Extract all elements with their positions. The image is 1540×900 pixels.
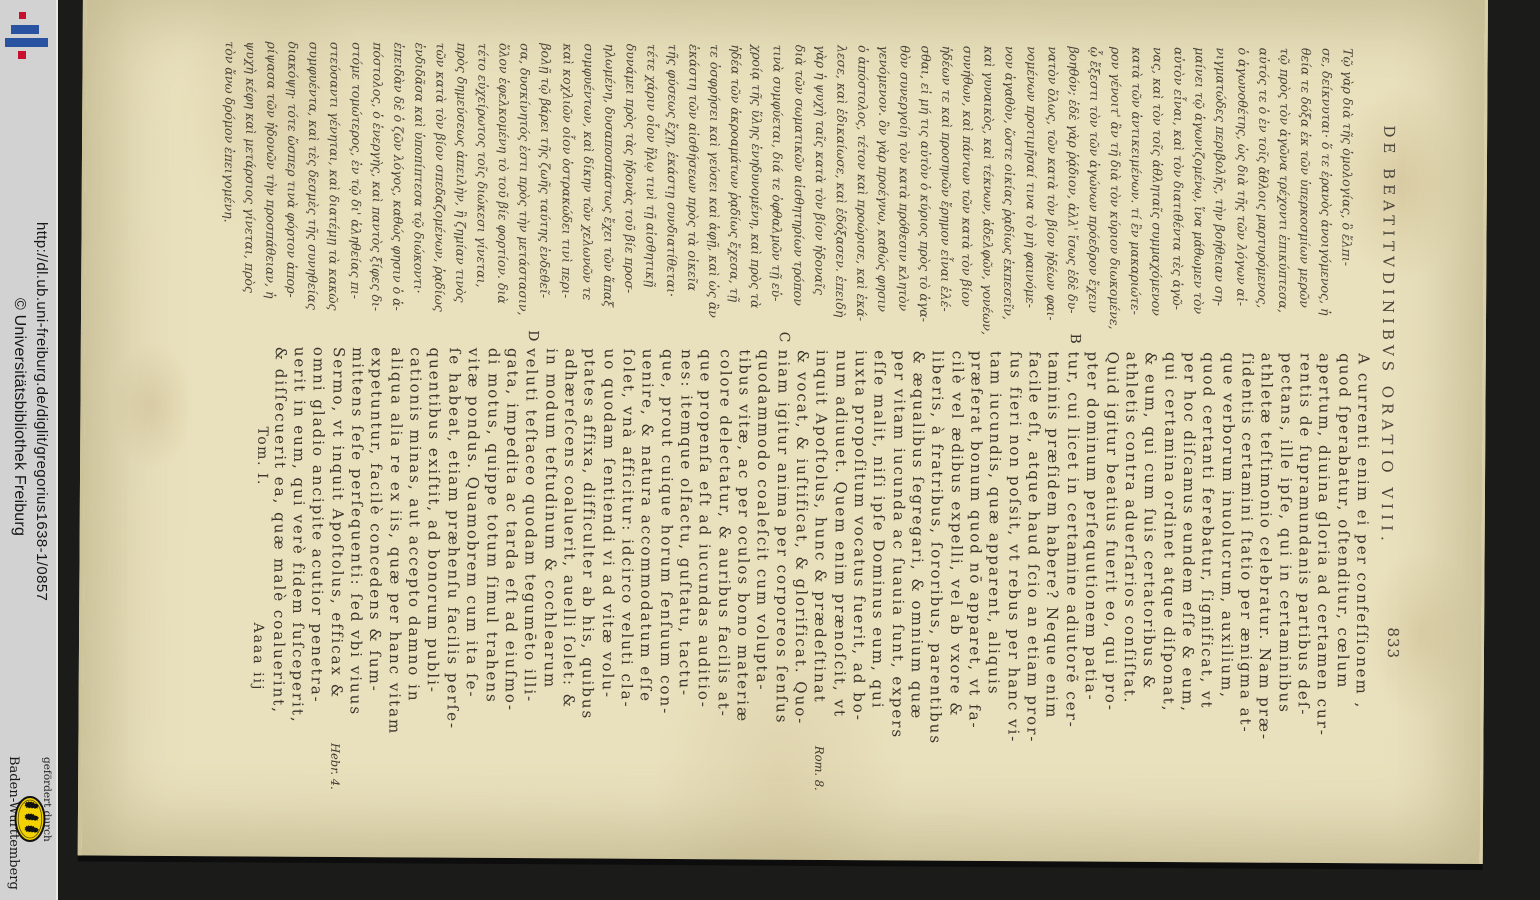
- logo-blue-bar-short: [11, 25, 39, 34]
- latin-text-line: rentis de ſupramundanis partibus deſ-: [1293, 353, 1315, 747]
- latin-text-line: num adiuuet. Quem enim prænoſcit, vt: [829, 350, 851, 744]
- greek-text-line: τινὰ συμφύεται, διά τε ὀφθαλμῶν τῇ εὐ-: [766, 45, 789, 337]
- greek-text-line: ἑκάστη τῶν αἰσθήσεων πρὸς τὰ οἰκεῖα: [682, 44, 705, 336]
- latin-text-column: A currenti enim ei per confeſſionem ,quo…: [268, 347, 1373, 748]
- margin-note: Rom. 8.: [812, 746, 826, 791]
- latin-text-line: gata, impedita ac tarda eſt ad eiuſmo-: [500, 348, 522, 742]
- greek-text-line: λεσε, καὶ ἐδικαίωσε, καὶ ἐδόξασεν. ἐπειδ…: [830, 45, 853, 337]
- latin-text-line: ſe habeat, etiam præhenſu facilis perſe-: [442, 348, 464, 742]
- greek-text-line: σε, δείκνυται· ὅ τε ἐρανὸς ἀνοιγόμενος, …: [1315, 48, 1338, 340]
- latin-text-line: & diſſecuerit ea, quæ malè coaluerint,: [268, 347, 290, 741]
- greek-text-line: ὅλον ἐφελκομένη τὸ τοῦ βίε φορτίον. διὰ: [492, 43, 515, 335]
- greek-text-line: ἐνδιδᾶσα καὶ ὑποπίπτεσα τῷ διώκοντι·: [408, 42, 431, 334]
- latin-text-line: athletæ teſtimonio celebratur. Nam præ-: [1254, 353, 1276, 747]
- greek-text-line: συνήθων, καὶ πάντων τῶν κατὰ τὸν βίον: [956, 46, 979, 338]
- latin-text-line: pectans, ille ipſe, qui in certaminibus: [1274, 353, 1296, 747]
- latin-text-line: cilè vel ædibus expelli, vel ab vxore &: [945, 351, 967, 745]
- greek-text-line: θεία τε δόξα ἐκ τῶν ὑπερκοσμίων μερῶν: [1294, 48, 1317, 340]
- latin-text-line: veluti teſtaceo quodam tegumēto illi-: [519, 348, 541, 742]
- latin-text-line: qui certamina ordinet atque diſponat,: [1158, 352, 1180, 746]
- greek-text-line: βολῇ τῷ βάρει τῆς ζωῆς ταύτης ἐνδεθεῖ-: [534, 43, 557, 335]
- latin-text-line: in modum teſtudinum & cochlearum: [539, 348, 561, 742]
- logo-red-square-bottom: [18, 51, 26, 59]
- greek-text-line: ᾧ ἔξεστι τὸν τῶν ἀγώνων πρόεδρον ἔχειν: [1083, 47, 1106, 339]
- viewer-sidebar: http://dl.ub.uni-freiburg.de/diglit/greg…: [0, 0, 58, 900]
- latin-text-line: iuxta propoſitum vocatus fuerit, ad bo-: [848, 350, 870, 744]
- greek-text-line: σθαι, εἰ μή τις αὐτὸν ὁ κύριος πρὸς τὸ ἀ…: [914, 46, 937, 338]
- greek-text-line: στεύσαντι γένηται, καὶ διατέμῃ τὰ κακῶς: [323, 42, 346, 334]
- latin-text-line: Quid igitur beatius fuerit eo, qui pro-: [1100, 352, 1122, 746]
- section-letter-b: B: [1067, 333, 1083, 343]
- greek-text-column: Τῷ γὰρ διὰ τῆς ὁμολογίας, ὃ ἔλπι-σε, δεί…: [218, 41, 1359, 340]
- gathering-signature: Aaaa iij: [250, 622, 266, 691]
- latin-text-line: quod certanti ferebatur, ſignificat, vt: [1196, 352, 1218, 746]
- running-title: DE BEATITVDINIBVS ORATIO VIII.: [1377, 125, 1398, 595]
- greek-text-line: Τῷ γὰρ διὰ τῆς ὁμολογίας, ὃ ἔλπι-: [1336, 48, 1359, 340]
- greek-text-line: τῷ πρὸς τὸν ἀγῶνα τρέχοντι ἐπικύπτεσα,: [1273, 48, 1296, 340]
- greek-text-line: σα, δυσκίνητός ἐστι πρὸς τὴν μετάστασιν,: [513, 43, 536, 335]
- margin-note: Hebr. 4.: [329, 743, 343, 790]
- latin-text-line: ſus fieri non poſsit, vt rebus per hanc …: [1003, 351, 1025, 745]
- greek-text-line: καὶ κοχλιῶν οἷον ὀστρακώδει τινὶ περι-: [555, 43, 578, 335]
- latin-text-line: per hoc diſcamus eundem eſſe & eum,: [1177, 352, 1199, 746]
- latin-text-line: præferat bonum quod nō apparet, vt fa-: [964, 351, 986, 745]
- greek-text-line: ψυχὴ κέφη καὶ μετάρσιος γίνεται, πρὸς: [239, 41, 262, 333]
- copyright-label: © Universitätsbibliothek Freiburg: [10, 298, 28, 536]
- latin-text-line: ſolet, vnà afficitur: idcirco veluti cla…: [616, 349, 638, 743]
- greek-text-line: συμφυέντα, καὶ τὲς δεσμὲς τῆς συνηθείας: [302, 42, 325, 334]
- digitized-book-viewer: { "colors":{ "bg-black":"#1b1b1a","sideb…: [0, 0, 1540, 900]
- greek-text-line: νομένων προτιμῆσαί τινα τὸ μὴ φαινόμε-: [1019, 46, 1042, 338]
- greek-text-line: ὁ ἀγωνοθέτης, ὡς διὰ τῆς τῶν λόγων αἰ-: [1230, 47, 1253, 339]
- latin-text-line: omni gladio ancipite acutior penetra-: [307, 347, 329, 741]
- latin-text-line: per vitam iucunda ac ſuauia ſunt, expers: [887, 350, 909, 744]
- latin-text-line: uenire, & natura accommodatum eſſe: [635, 349, 657, 743]
- greek-text-line: τῆς φύσεως ἔχῃ, ἑκάστῃ συνδιατίθεται·: [661, 44, 684, 336]
- source-url-label: http://dl.ub.uni-freiburg.de/diglit/greg…: [33, 222, 50, 601]
- section-letter-d: D: [525, 330, 541, 341]
- greek-text-line: διὰ τῶν σωματικῶν αἰσθητηρίων τρόπον: [787, 45, 810, 337]
- greek-text-line: θὸν συνεργοίη τὸν κατὰ πρόθεσιν κλητὸν: [893, 45, 916, 337]
- greek-text-line: πρὸς δημεύσεως ἀπειλὴν, ἢ ζημίαν τινὸς: [450, 43, 473, 335]
- logo-blue-bar-long: [5, 38, 48, 47]
- greek-text-line: τὸν ἄνω δρόμον ἐπειγομένη.: [218, 41, 241, 333]
- latin-text-line: vitæ pondus. Quamobrem cum ita ſe-: [461, 348, 483, 742]
- greek-text-line: διακόψῃ· τότε ὥσπερ τινὰ φόρτον ἀπορ-: [281, 42, 304, 334]
- latin-text-line: quentibus exiſtit, ad bonorum publi-: [423, 348, 445, 742]
- greek-text-line: τέτο εὐχείρωτος τοῖς διώκεσι γίνεται,: [471, 43, 494, 335]
- latin-text-line: expetuntur, facilè concedens & ſum-: [365, 347, 387, 741]
- greek-text-line: δυνάμει πρὸς τὰς ἡδονὰς τοῦ βίε προσ-: [619, 44, 642, 336]
- greek-text-line: νατὸν ὅλως, τῶν κατὰ τὸν βίον ἡδέων φαι-: [1040, 46, 1063, 338]
- latin-text-line: aliqua alia re ex iis, quæ per hanc vita…: [384, 347, 406, 741]
- latin-text-line: liberis, à fratribus, ſororibus, parenti…: [925, 351, 947, 745]
- latin-text-line: que, prout cuique horum ſenſuum con-: [655, 349, 677, 743]
- latin-text-line: nes: itemque olfactu, guſtatu, tactu-: [674, 349, 696, 743]
- latin-text-line: tur, cui licet in certamine adiutorẽ cer…: [1061, 351, 1083, 745]
- latin-text-line: & æqualibus ſegregari, & omnium quæ: [906, 350, 928, 744]
- latin-text-line: inquit Apoſtolus, hunc & prædeſtinat: [809, 350, 831, 744]
- latin-text-line: ptates affixa, difficulter ab his, quibu…: [577, 348, 599, 742]
- latin-text-line: facile eſt, atque haud ſcio an etiam pro…: [1022, 351, 1044, 745]
- latin-text-line: colore delectatur, & auribus facilis at-: [713, 349, 735, 743]
- greek-text-line: κατὰ τῶν ἀντικειμένων. τί ἒν μακαριώτε-: [1125, 47, 1148, 339]
- greek-text-line: τέτε χάριν οἷον ἥλῳ τινὶ τῇ αἰσθητικῇ: [640, 44, 663, 336]
- latin-text-line: di motus, quippe totum ſimul trahens: [481, 348, 503, 742]
- latin-text-line: eſſe malit, niſi ipſe Dominus eum, qui: [867, 350, 889, 744]
- latin-text-line: tibus vitæ, ac per oculos bono materiæ: [732, 349, 754, 743]
- latin-text-line: quod ſperabatur, oſtenditur, cœlum: [1332, 353, 1354, 747]
- greek-text-line: ἡδέων τε καὶ προσηνῶν ἔρημον εἶναι ἑλέ-: [935, 46, 958, 338]
- page-number: 833: [1384, 627, 1402, 659]
- latin-text-line: pter dominum perſequutionem patia-: [1080, 352, 1102, 746]
- section-letter-c: C: [776, 332, 792, 343]
- latin-text-line: Sermo, vt inquit Apoſtolus, efficax &: [326, 347, 348, 741]
- latin-text-line: tam iucundis, quæ apparent, aliquis: [984, 351, 1006, 745]
- greek-text-line: χροίᾳ τῆς ὕλης ἐνηδυνομένη, καὶ πρὸς τὰ: [745, 44, 768, 336]
- greek-text-line: ἐπειδὰν δὲ ὁ ζῶν λόγος, καθώς φησιν ὁ ἀ-: [387, 42, 410, 334]
- greek-text-line: ρίψασα τῶν ἡδονῶν τὴν προσπάθειαν, ἡ: [260, 42, 283, 334]
- latin-text-line: que propenſa eſt ad iucundas auditio-: [693, 349, 715, 743]
- tome-label: Tom. I.: [254, 426, 270, 485]
- greek-text-line: νας, καὶ τὸν τοῖς ἀθληταῖς συμμαχόμενον: [1146, 47, 1169, 339]
- baden-wuerttemberg-coat-of-arms-icon: [14, 795, 46, 843]
- greek-text-line: νιγματώδες περιβολῆς, τὴν βοήθειαν ση-: [1209, 47, 1232, 339]
- greek-text-line: βοηθόν; ἐδὲ γὰρ ῥᾴδιον, ἀλλ' ἴσως ἐδὲ δυ…: [1062, 46, 1085, 338]
- latin-text-line: uo quodam ſentiendi vi ad vitæ volu-: [597, 349, 619, 743]
- greek-text-line: αὐτὸν εἶναι, καὶ τὸν διατιθέντα τὲς ἀγῶ-: [1167, 47, 1190, 339]
- latin-text-line: que verborum inuolucrum, auxilium,: [1216, 352, 1238, 746]
- latin-text-line: & vocat, & iuſtificat, & glorificat. Quo…: [790, 350, 812, 744]
- latin-text-line: athletis contra aduerſarios conſiſtat.: [1119, 352, 1141, 746]
- greek-text-line: ἡδέα τῶν ἀκροαμάτων ῥᾳδίως ἔχεσα, τῇ: [724, 44, 747, 336]
- greek-text-line: καὶ γυναικὸς, καὶ τέκνων, ἀδελφῶν, γονέω…: [977, 46, 1000, 338]
- latin-text-line: uerit in eum, qui verè fidem ſuſceperit,: [287, 347, 309, 741]
- greek-text-line: τε ὀσφρήσει καὶ γεύσει καὶ ἁφῇ, καὶ ὡς ἂ…: [703, 44, 726, 336]
- latin-text-line: niam igitur anima per corporeos ſenſus: [771, 350, 793, 744]
- latin-text-line: ſidentis certamini ſtatio per ænigma at-: [1235, 352, 1257, 746]
- greek-text-line: ὁ ἀπόστολος, τέτον καὶ προώρισε, καὶ ἐκά…: [851, 45, 874, 337]
- latin-text-line: & eum, qui cum ſuis certatoribus &: [1138, 352, 1160, 746]
- greek-text-line: στόμε τομώτερος, ἐν τῷ δι' ἀληθείας πι-: [344, 42, 367, 334]
- greek-text-line: τῶν κατὰ τὸν βίον σπεδαζομένων, ῥᾳδίως: [429, 43, 452, 335]
- ub-freiburg-logo-icon: [0, 0, 56, 70]
- scanned-book-page: DE BEATITVDINIBVS ORATIO VIII. 833 Τῷ γὰ…: [78, 0, 1488, 864]
- greek-text-line: ρον γένοιτ' ἂν τῆ διὰ τὸν κύριον διωκομέ…: [1104, 47, 1127, 339]
- greek-text-line: πόστολος, ὁ ἐνεργὴς, καὶ παντὸς ξίφες δι…: [365, 42, 388, 334]
- greek-text-line: αὐτός τε ὁ ἐν τοῖς ἄθλοις μαρτυρόμενος,: [1251, 48, 1274, 340]
- latin-text-line: apertum, diuina gloria ad certamen cur-: [1312, 353, 1334, 747]
- greek-text-line: γὰρ ἡ ψυχὴ ταῖς κατὰ τὸν βίον ἡδοναῖς: [808, 45, 831, 337]
- greek-text-line: ηλωμένη, δυσαποσπάστως ἔχει τῶν ἅπαξ: [598, 44, 621, 336]
- latin-text-line: A currenti enim ei per confeſſionem ,: [1351, 353, 1373, 747]
- latin-text-line: adhæreſcens coaluerit, auelli ſolet: &: [558, 348, 580, 742]
- greek-text-line: συμφυέντων, καὶ δίκην τῶν χελωνῶν τε: [576, 43, 599, 335]
- latin-text-line: taminis præſidem habere? Neque enim: [1042, 351, 1064, 745]
- logo-red-square-top: [19, 12, 26, 19]
- greek-text-line: νον ἀγαθὸν, ὥστε οἰκίας ῥᾳδίως ἐκπεσεῖν,: [998, 46, 1021, 338]
- latin-text-line: cationis minas, aut accepto damno in: [403, 347, 425, 741]
- greek-text-line: μαίνει τῷ ἀγωνιζομένῳ, ἵνα μάθωμεν τὸν: [1188, 47, 1211, 339]
- latin-text-line: mittens ſeſe perſequenti: ſed vbi viuus: [345, 347, 367, 741]
- greek-text-line: γενόμενον. ὃν γὰρ προέγνω, καθώς φησιν: [872, 45, 895, 337]
- latin-text-line: quodammodo coaleſcit cum volupta-: [751, 350, 773, 744]
